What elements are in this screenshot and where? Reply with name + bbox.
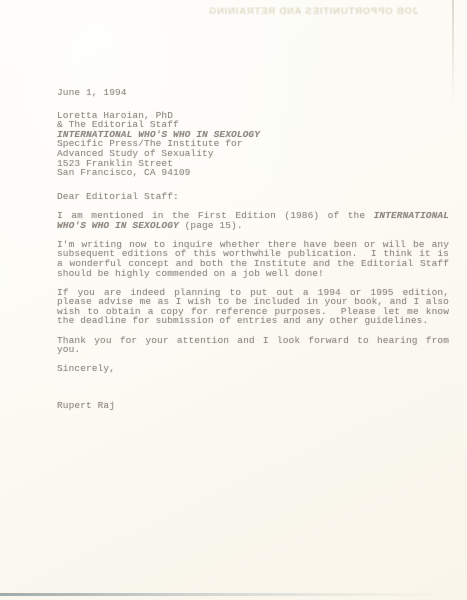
recipient-line: San Francisco, CA 94109 (57, 168, 449, 178)
body-line: should be highly commended on a job well… (57, 269, 449, 279)
recipient-block: Loretta Haroian, PhD& The Editorial Staf… (57, 111, 449, 178)
body-text-segment: you. (57, 344, 80, 355)
body-text-segment: should be highly commended on a job well… (57, 268, 324, 279)
body-line: the deadline for submission of entries a… (57, 316, 449, 326)
signature-name: Rupert Raj (57, 401, 449, 411)
body-line: you. (57, 345, 449, 355)
letter-body: I am mentioned in the First Edition (198… (57, 211, 449, 355)
body-line: Thank you for your attention and I look … (57, 336, 449, 346)
closing: Sincerely, (57, 364, 449, 374)
publication-title-inline: WHO'S WHO IN SEXOLOGY (57, 220, 179, 231)
letter-date: June 1, 1994 (57, 88, 449, 98)
paragraph: If you are indeed planning to put out a … (57, 288, 449, 326)
body-line: WHO'S WHO IN SEXOLOGY (page 15). (57, 221, 449, 231)
letter-content: June 1, 1994 Loretta Haroian, PhD& The E… (57, 88, 449, 411)
scanned-letter-page: JOB OPPORTUNITIES AND RETRAINING June 1,… (0, 0, 467, 600)
paper-edge-right (452, 0, 454, 108)
body-text-segment: (page 15). (179, 220, 243, 231)
paragraph: Thank you for your attention and I look … (57, 336, 449, 355)
body-text-segment: the deadline for submission of entries a… (57, 315, 428, 326)
salutation: Dear Editorial Staff: (57, 192, 449, 202)
paragraph: I'm writing now to inquire whether there… (57, 240, 449, 278)
paragraph: I am mentioned in the First Edition (198… (57, 211, 449, 230)
body-text-segment: Thank you for your attention and I look … (57, 335, 449, 346)
bleed-through-text: JOB OPPORTUNITIES AND RETRAINING (222, 6, 418, 17)
publication-title-inline: INTERNATIONAL (374, 210, 449, 221)
paper-edge-bottom (0, 593, 452, 596)
